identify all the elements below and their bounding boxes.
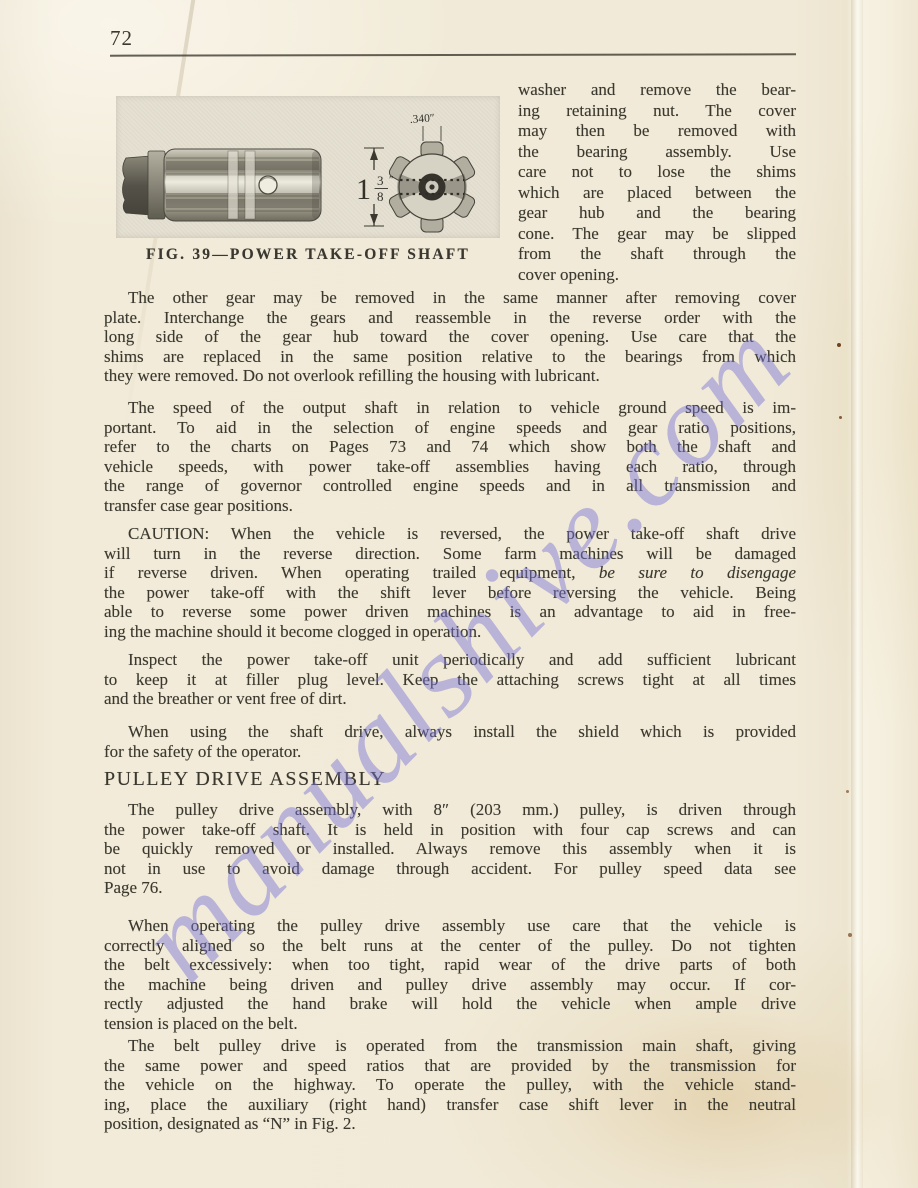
text-line: tension is placed on the belt.: [104, 1014, 796, 1034]
text-line: to keep it at filler plug level. Keep th…: [104, 670, 796, 690]
foxing-speck: [848, 933, 852, 937]
text-line: rectly adjusted the hand brake will hold…: [104, 994, 796, 1014]
text-line: When operating the pulley drive assembly…: [104, 916, 796, 936]
text-line: refer to the charts on Pages 73 and 74 w…: [104, 437, 796, 457]
text-line: the same power and speed ratios that are…: [104, 1056, 796, 1076]
dimension-whole: 1: [356, 173, 371, 206]
text-line: Inspect the power take-off unit periodic…: [104, 650, 796, 670]
text-line: The belt pulley drive is operated from t…: [104, 1036, 796, 1056]
text-line: Page 76.: [104, 878, 796, 898]
paragraph-output-speed: The speed of the output shaft in relatio…: [104, 398, 796, 515]
text-line: portant. To aid in the selection of engi…: [104, 418, 796, 438]
text-line: The other gear may be removed in the sam…: [104, 288, 796, 308]
page-fold-edge: [851, 0, 863, 1188]
text-line: the power take-off shaft. It is held in …: [104, 820, 796, 840]
text-line: CAUTION: When the vehicle is reversed, t…: [104, 524, 796, 544]
foxing-speck: [846, 790, 849, 793]
dimension-denominator: 8: [377, 189, 384, 204]
dimension-label-340: .340″: [409, 112, 435, 126]
dimension-unit: ″: [389, 174, 394, 186]
text-line: plate. Interchange the gears and reassem…: [104, 308, 796, 328]
text-line: care not to lose the shims: [518, 162, 796, 183]
figure-caption: FIG. 39—POWER TAKE-OFF SHAFT: [116, 246, 500, 264]
paragraph-belt-pulley-operation: The belt pulley drive is operated from t…: [104, 1036, 796, 1134]
paragraph-shield: When using the shaft drive, always insta…: [104, 722, 796, 761]
text-line: the belt excessively: when too tight, ra…: [104, 955, 796, 975]
text-line: the vehicle on the highway. To operate t…: [104, 1075, 796, 1095]
text-line: they were removed. Do not overlook refil…: [104, 366, 796, 386]
text-line: the machine being driven and pulley driv…: [104, 975, 796, 995]
text-line: position, designated as “N” in Fig. 2.: [104, 1114, 796, 1134]
text-line: washer and remove the bear-: [518, 80, 796, 101]
paragraph-belt-alignment: When operating the pulley drive assembly…: [104, 916, 796, 1033]
text-line: ing the machine should it become clogged…: [104, 622, 796, 642]
text-line: the bearing assembly. Use: [518, 142, 796, 163]
paragraph-pulley-assembly: The pulley drive assembly, with 8″ (203 …: [104, 800, 796, 898]
text-line: The pulley drive assembly, with 8″ (203 …: [104, 800, 796, 820]
dimension-1-3-8: 1 3 8 ″: [356, 148, 394, 226]
manual-page-scan: 72: [0, 0, 918, 1188]
text-line: if reverse driven. When operating traile…: [104, 563, 796, 583]
foxing-speck: [837, 343, 841, 347]
text-line: the range of governor controlled engine …: [104, 476, 796, 496]
text-line: ing, place the auxiliary (right hand) tr…: [104, 1095, 796, 1115]
paragraph-inspect-unit: Inspect the power take-off unit periodic…: [104, 650, 796, 709]
text-line: from the shaft through the: [518, 244, 796, 265]
italic-phrase: be sure to disengage: [599, 563, 796, 582]
text-line: able to reverse some power driven machin…: [104, 602, 796, 622]
shaft-side-view: [123, 149, 322, 221]
figure-39: .340″ 1 3 8 ″: [116, 96, 500, 238]
text-line: gear hub and the bearing: [518, 203, 796, 224]
dimension-340: .340″: [409, 112, 441, 141]
paragraph-caution: CAUTION: When the vehicle is reversed, t…: [104, 524, 796, 641]
text-line: vehicle speeds, with power take-off asse…: [104, 457, 796, 477]
shaft-end-view: [388, 142, 477, 232]
text-line: not in use to avoid damage through accid…: [104, 859, 796, 879]
text-line: and the breather or vent free of dirt.: [104, 689, 796, 709]
text-line: may then be removed with: [518, 121, 796, 142]
text-line: When using the shaft drive, always insta…: [104, 722, 796, 742]
text-line: which are placed between the: [518, 183, 796, 204]
wrapped-text-column: washer and remove the bear-ing retaining…: [518, 80, 796, 285]
caution-italic-pre: if reverse driven. When operating traile…: [104, 563, 599, 582]
text-line: the power take-off with the shift lever …: [104, 583, 796, 603]
figure-illustration: .340″ 1 3 8 ″: [116, 96, 500, 238]
text-line: The speed of the output shaft in relatio…: [104, 398, 796, 418]
text-line: cone. The gear may be slipped: [518, 224, 796, 245]
section-heading-pulley-drive: PULLEY DRIVE ASSEMBLY: [104, 768, 386, 791]
foxing-speck: [839, 416, 842, 419]
text-line: for the safety of the operator.: [104, 742, 796, 762]
text-line: long side of the gear hub toward the cov…: [104, 327, 796, 347]
paragraph-gear-removal: The other gear may be removed in the sam…: [104, 288, 796, 386]
text-line: be quickly removed or installed. Always …: [104, 839, 796, 859]
text-line: shims are replaced in the same position …: [104, 347, 796, 367]
text-line: will turn in the reverse direction. Some…: [104, 544, 796, 564]
text-line: transfer case gear positions.: [104, 496, 796, 516]
page-number: 72: [110, 26, 133, 51]
text-line: correctly aligned so the belt runs at th…: [104, 936, 796, 956]
text-line: ing retaining nut. The cover: [518, 101, 796, 122]
dimension-numerator: 3: [377, 173, 384, 188]
text-line: cover opening.: [518, 265, 796, 286]
header-rule: [110, 53, 796, 56]
